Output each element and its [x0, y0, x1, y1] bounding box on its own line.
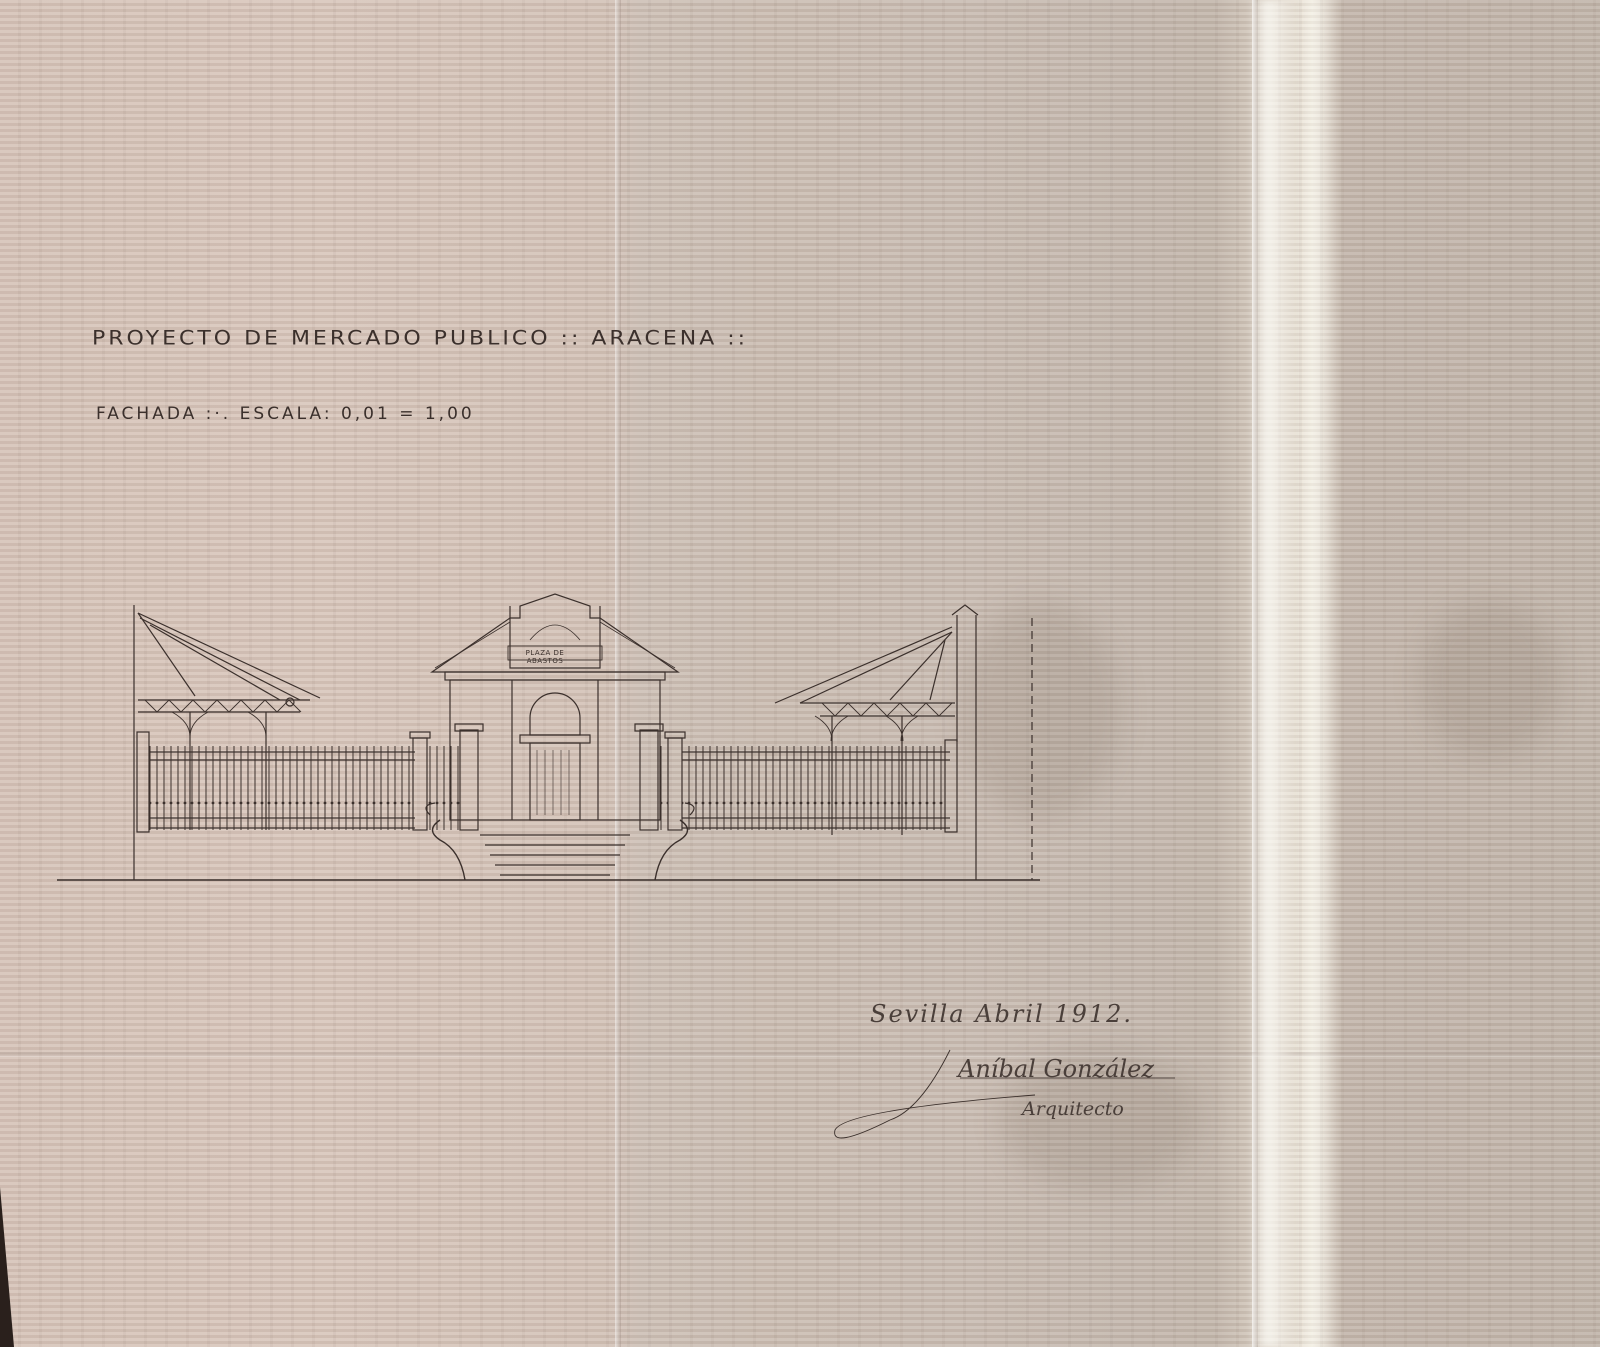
fence-pickets-right [682, 746, 945, 830]
torn-corner [0, 1187, 14, 1347]
fence-pickets-right-inner [658, 746, 668, 830]
architect-title: Arquitecto [1022, 1098, 1124, 1120]
central-pavilion [426, 594, 694, 880]
end-wall [952, 605, 1032, 880]
plaque-inscription: PLAZA DE ABASTOS [509, 649, 581, 660]
architect-signature: Aníbal González [958, 1055, 1154, 1083]
fence-pickets-left [149, 746, 413, 830]
place-and-date: Sevilla Abril 1912. [870, 1000, 1133, 1028]
fence-pickets-left-inner [427, 746, 460, 830]
facade-elevation-drawing [0, 0, 1600, 1347]
